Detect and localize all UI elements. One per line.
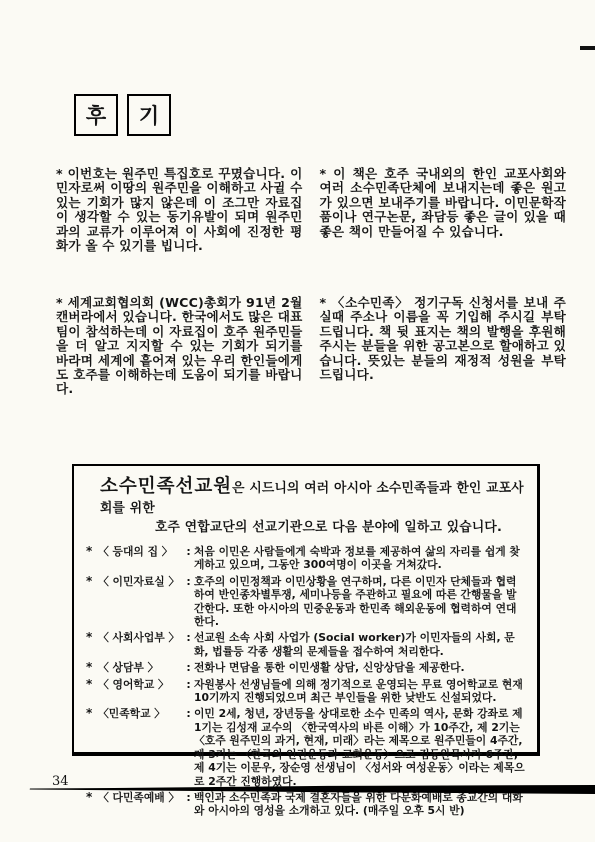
title-char-box-2: 기: [127, 94, 171, 136]
mission-box: 소수민족선교원은 시드니의 여러 아시아 소수민족들과 한인 교포사회를 위한 …: [72, 464, 540, 756]
body-columns: * 이번호는 원주민 특집호로 꾸몄습니다. 이민자로써 이땅의 원주민을 이해…: [56, 167, 566, 397]
org-name: 소수민족선교원: [100, 476, 232, 497]
item-colon: :: [183, 707, 194, 787]
item-description: 백인과 소수민족과 국제 결혼자들을 위한 다문화예배로 종교간의 대화와 아시…: [194, 791, 525, 818]
scan-mark-top-right: [580, 46, 595, 50]
item-colon: :: [183, 791, 194, 818]
mission-item-ethnic-school: * 〈민족학교 〉 : 이민 2세, 청년, 장년등을 상대로한 소수 민족의 …: [86, 707, 525, 787]
mission-item-social-work-dept: * 〈 사회사업부 〉 : 선교원 소속 사회 사업가 (Social work…: [86, 631, 525, 658]
item-description: 자원봉사 선생님들에 의해 정기적으로 운영되는 무료 영어학교로 현재 10기…: [194, 678, 525, 705]
page-title: 후 기: [74, 94, 171, 136]
document-page: 후 기 * 이번호는 원주민 특집호로 꾸몄습니다. 이민자로써 이땅의 원주민…: [0, 0, 595, 842]
item-colon: :: [183, 631, 194, 658]
item-description: 호주의 이민정책과 이민상황을 연구하며, 다른 이민자 단체들과 협력하여 반…: [194, 575, 525, 629]
page-number: 34: [52, 774, 69, 789]
item-label: 〈 다민족예배 〉: [98, 791, 183, 818]
mission-item-multiethnic-worship: * 〈 다민족예배 〉 : 백인과 소수민족과 국제 결혼자들을 위한 다문화예…: [86, 791, 525, 818]
right-column: * 이 책은 호주 국내외의 한인 교포사회와 여러 소수민족단체에 보내지는데…: [320, 167, 567, 397]
bullet: *: [86, 791, 98, 818]
bullet: *: [86, 707, 98, 787]
mission-box-heading-line1: 소수민족선교원은 시드니의 여러 아시아 소수민족들과 한인 교포사회를 위한: [86, 477, 525, 519]
mission-item-list: * 〈 등대의 집 〉 : 처음 이민온 사람들에게 숙박과 정보를 제공하여 …: [86, 545, 525, 818]
bullet: *: [86, 631, 98, 658]
item-colon: :: [183, 678, 194, 705]
mission-item-lighthouse-house: * 〈 등대의 집 〉 : 처음 이민온 사람들에게 숙박과 정보를 제공하여 …: [86, 545, 525, 572]
item-label: 〈민족학교 〉: [98, 707, 183, 787]
mission-item-counseling-dept: * 〈 상담부 〉 : 전화나 면담을 통한 이민생활 상담, 신앙상담을 제공…: [86, 661, 525, 674]
bullet: *: [86, 545, 98, 572]
left-column: * 이번호는 원주민 특집호로 꾸몄습니다. 이민자로써 이땅의 원주민을 이해…: [56, 167, 303, 397]
paragraph-left-2: * 세계교회협의회 (WCC)총회가 91년 2월 캔버라에서 있습니다. 한국…: [56, 296, 303, 397]
item-label: 〈 이민자료실 〉: [98, 575, 183, 629]
paragraph-right-2: * 〈소수민족〉 정기구독 신청서를 보내 주실때 주소나 이름을 꼭 기입해 …: [320, 296, 567, 382]
item-description: 이민 2세, 청년, 장년등을 상대로한 소수 민족의 역사, 문화 강좌로 제…: [194, 707, 525, 787]
title-char-box-1: 후: [74, 94, 118, 136]
bullet: *: [86, 575, 98, 629]
paragraph-right-1: * 이 책은 호주 국내외의 한인 교포사회와 여러 소수민족단체에 보내지는데…: [320, 167, 567, 279]
item-label: 〈 사회사업부 〉: [98, 631, 183, 658]
paragraph-left-1: * 이번호는 원주민 특집호로 꾸몄습니다. 이민자로써 이땅의 원주민을 이해…: [56, 167, 303, 279]
item-label: 〈 등대의 집 〉: [98, 545, 183, 572]
item-label: 〈 상담부 〉: [98, 661, 183, 674]
item-colon: :: [183, 661, 194, 674]
mission-item-english-school: * 〈 영어학교 〉 : 자원봉사 선생님들에 의해 정기적으로 운영되는 무료…: [86, 678, 525, 705]
bullet: *: [86, 661, 98, 674]
mission-box-heading-line2: 호주 연합교단의 선교기관으로 다음 분야에 일하고 있습니다.: [86, 519, 525, 536]
mission-item-immigration-resource-room: * 〈 이민자료실 〉 : 호주의 이민정책과 이민상황을 연구하며, 다른 이…: [86, 575, 525, 629]
item-description: 처음 이민온 사람들에게 숙박과 정보를 제공하여 삶의 자리를 쉽게 찾게하고…: [194, 545, 525, 572]
item-description: 선교원 소속 사회 사업가 (Social worker)가 이민자들의 사회,…: [194, 631, 525, 658]
item-colon: :: [183, 545, 194, 572]
item-label: 〈 영어학교 〉: [98, 678, 183, 705]
bullet: *: [86, 678, 98, 705]
item-colon: :: [183, 575, 194, 629]
item-description: 전화나 면담을 통한 이민생활 상담, 신앙상담을 제공한다.: [194, 661, 525, 674]
